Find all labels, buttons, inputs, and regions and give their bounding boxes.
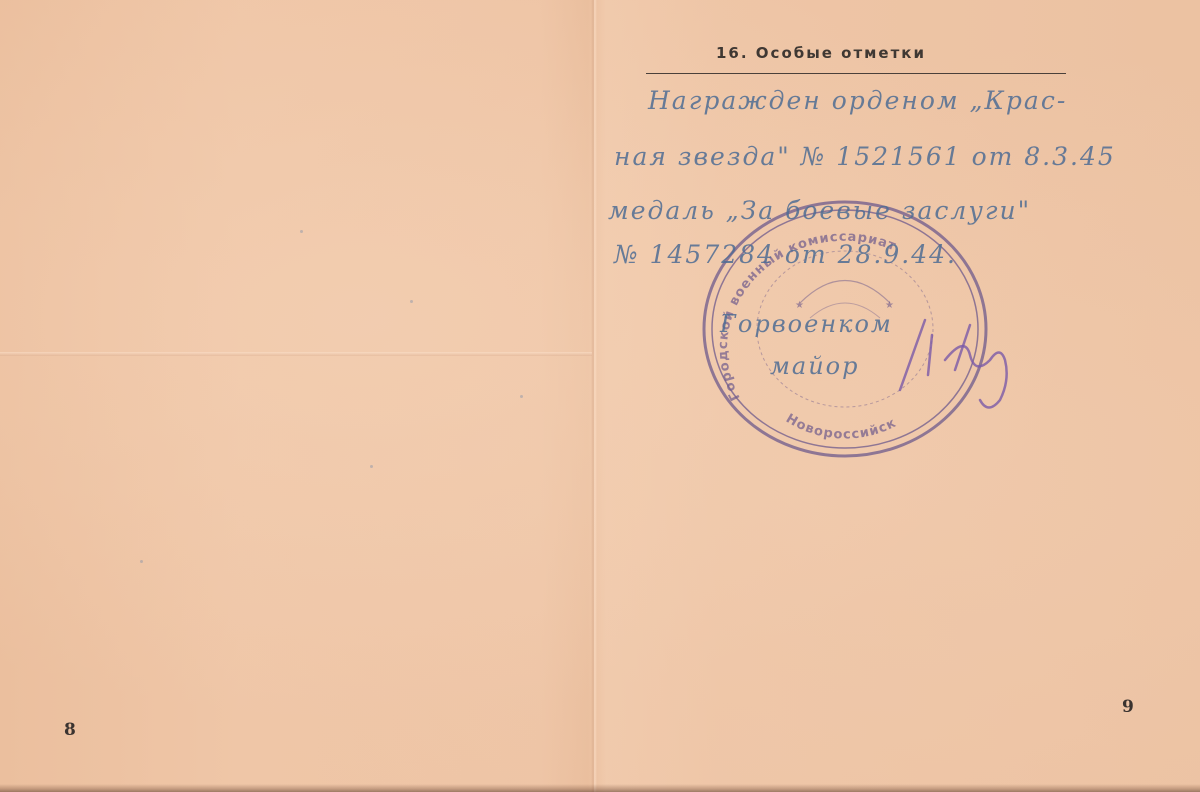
handwritten-line-1: Награжден орденом „Крас- [648,86,1067,115]
document-spread: 8 16. Особые отметки Городской военный к… [0,0,1200,792]
handwritten-line-2: ная звезда" № 1521561 от 8.3.45 [614,142,1116,171]
ink-speck [370,465,373,468]
heading-rule [646,73,1066,74]
page-number-right: 9 [1122,697,1134,717]
handwritten-line-6: майор [770,352,859,380]
ink-speck [140,560,143,563]
handwritten-line-4: № 1457284 от 28.9.44. [614,240,957,269]
section-heading: 16. Особые отметки [716,44,926,62]
ink-speck [520,395,523,398]
booklet-bottom-edge [0,784,1200,792]
page-number-left: 8 [64,720,76,740]
horizontal-crease [0,352,592,356]
signature-icon [870,300,1030,420]
left-page: 8 [0,0,594,792]
handwritten-line-3: медаль „За боевые заслуги" [608,196,1031,225]
handwritten-line-5: Горвоенком [720,310,893,338]
ink-speck [300,230,303,233]
ink-speck [410,300,413,303]
